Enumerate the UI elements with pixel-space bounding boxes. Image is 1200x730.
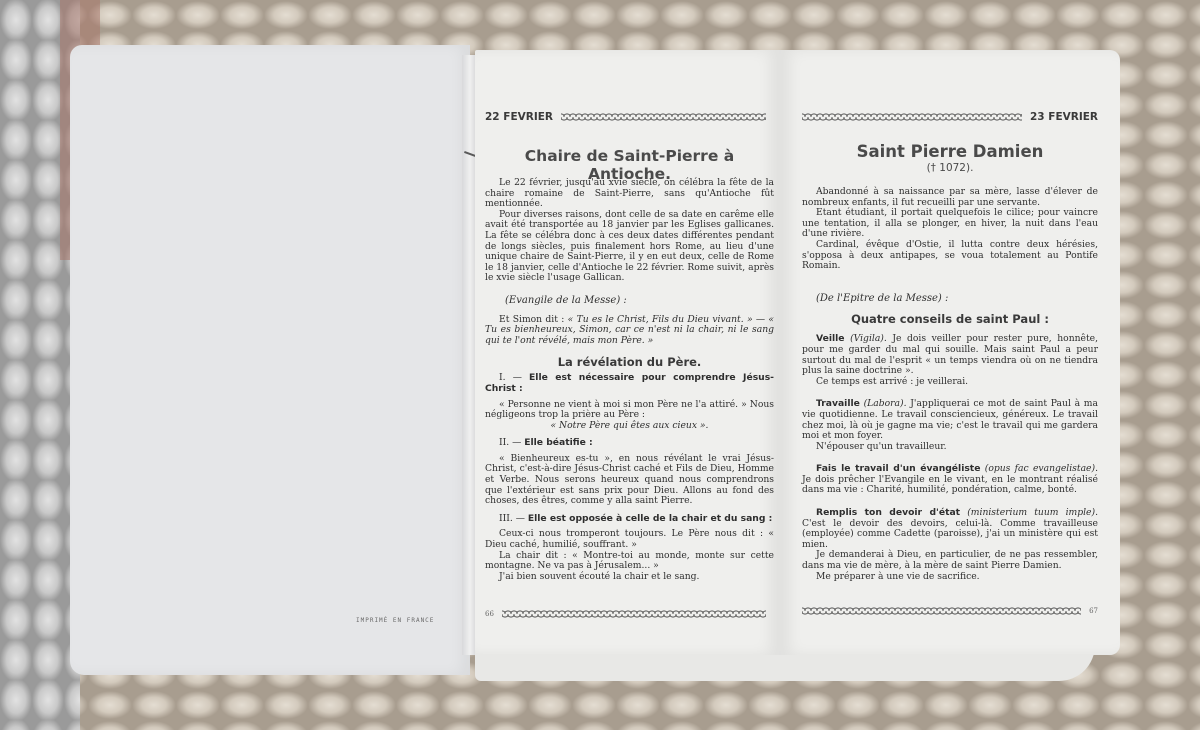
point-text: J'ai bien souvent écouté la chair et le … [485, 572, 774, 583]
point-text: « Bienheureux es-tu », en nous révélant … [485, 454, 774, 507]
wavy-rule [802, 113, 1022, 121]
counsel-followup: Me préparer à une vie de sacrifice. [802, 572, 1098, 583]
imprint-label: IMPRIMÉ EN FRANCE [356, 617, 434, 624]
page-footer-right: 67 [802, 607, 1098, 615]
page-number: 66 [485, 610, 494, 618]
gospel-paragraph: Et Simon dit : « Tu es le Christ, Fils d… [485, 315, 774, 347]
point-heading: III. — Elle est opposée à celle de la ch… [485, 514, 774, 525]
counsel-paragraph: Remplis ton devoir d'état (ministerium t… [802, 508, 1098, 550]
counsel-paragraph: Fais le travail d'un évangéliste (opus f… [802, 464, 1098, 496]
point-quote: « Notre Père qui êtes aux cieux ». [485, 421, 774, 432]
point-heading: II. — Elle béatifie : [485, 438, 774, 449]
intro-paragraph: Etant étudiant, il portait quelquefois l… [802, 208, 1098, 240]
page-66: 22 FEVRIER Chaire de Saint-Pierre à Anti… [475, 50, 780, 655]
gospel-prefix: Et Simon dit : [499, 314, 568, 325]
wavy-rule [561, 113, 766, 121]
counsel-followup: Je demanderai à Dieu, en particulier, de… [802, 550, 1098, 571]
page-title: Saint Pierre Damien [802, 142, 1098, 161]
date-label: 22 FEVRIER [485, 111, 553, 123]
running-head-right: 23 FEVRIER [802, 108, 1098, 126]
section-title: Quatre conseils de saint Paul : [802, 312, 1098, 326]
wavy-rule [802, 607, 1081, 615]
wavy-rule [502, 610, 766, 618]
counsel-paragraph: Veille (Vigila). Je dois veiller pour re… [802, 334, 1098, 376]
point-text: Ceux-ci nous tromperont toujours. Le Pèr… [485, 529, 774, 550]
counsel-paragraph: Travaille (Labora). J'appliquerai ce mot… [802, 399, 1098, 441]
inside-cover-page: IMPRIMÉ EN FRANCE [70, 45, 470, 675]
page-subtitle: († 1072). [802, 162, 1098, 174]
open-booklet: IMPRIMÉ EN FRANCE 22 FEVRIER Chaire de S… [70, 45, 1120, 685]
intro-paragraph: Abandonné à sa naissance par sa mère, la… [802, 187, 1098, 208]
date-label: 23 FEVRIER [1030, 111, 1098, 123]
point-heading: I. — Elle est nécessaire pour comprendre… [485, 373, 774, 394]
counsel-followup: Ce temps est arrivé : je veillerai. [802, 377, 1098, 388]
intro-paragraph: Le 22 février, jusqu'au xvie siècle, on … [485, 178, 774, 210]
page-footer-left: 66 [485, 610, 774, 618]
epistle-label: (De l'Epitre de la Messe) : [816, 294, 1098, 305]
intro-paragraph: Pour diverses raisons, dont celle de sa … [485, 210, 774, 284]
intro-paragraph: Cardinal, évêque d'Ostie, il lutta contr… [802, 240, 1098, 272]
section-title: La révélation du Père. [485, 355, 774, 369]
page-67: 23 FEVRIER Saint Pierre Damien († 1072).… [780, 50, 1120, 655]
point-text: « Personne ne vient à moi si mon Père ne… [485, 400, 774, 421]
running-head-left: 22 FEVRIER [485, 108, 774, 126]
gospel-label: (Evangile de la Messe) : [505, 296, 774, 307]
point-text: La chair dit : « Montre-toi au monde, mo… [485, 551, 774, 572]
page-number: 67 [1089, 607, 1098, 615]
counsel-followup: N'épouser qu'un travailleur. [802, 442, 1098, 453]
